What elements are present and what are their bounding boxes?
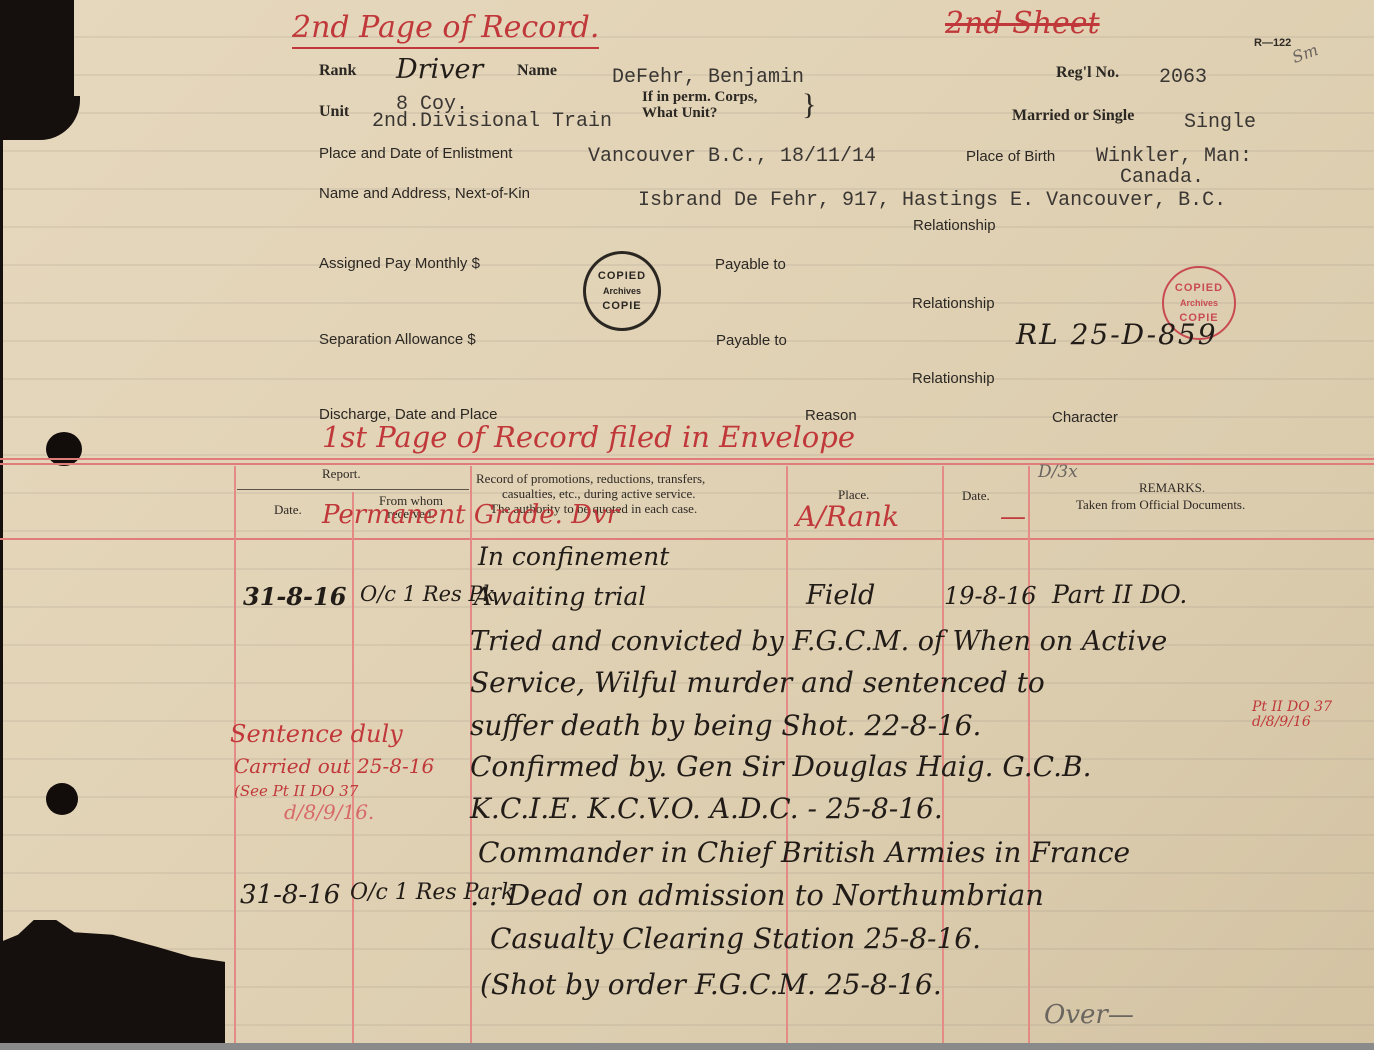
header-report: Report. [322, 466, 361, 482]
row-8-date: 31-8-16 [240, 880, 340, 910]
birth-value-line1: Winkler, Man: [1096, 145, 1252, 168]
copied-archives-stamp-black: COPIED Archives COPIE [583, 251, 661, 331]
left-edge-strip [0, 118, 3, 1043]
row-6-record: K.C.I.E. K.C.V.O. A.D.C. - 25-8-16. [470, 792, 943, 825]
header-remarks-sub: Taken from Official Documents. [1076, 497, 1245, 513]
name-value: DeFehr, Benjamin [612, 66, 804, 89]
row-1-remarks: Part II DO. [1052, 580, 1187, 609]
header-record-line1: Record of promotions, reductions, transf… [476, 471, 705, 487]
struck-annotation: 2nd Sheet [945, 6, 1100, 41]
header-date2: Date. [962, 488, 990, 504]
rank-label: Rank [319, 62, 356, 80]
file-reference: RL 25-D-859 [1016, 318, 1218, 351]
margin-note-line1: Sentence duly [230, 720, 403, 748]
punch-hole-1 [46, 432, 82, 466]
enlistment-label: Place and Date of Enlistment [319, 145, 512, 162]
birth-label: Place of Birth [966, 148, 1055, 165]
table-top-rule-2 [0, 463, 1374, 465]
footer-over-note: Over— [1044, 1000, 1134, 1030]
acting-rank-date: — [1000, 502, 1026, 532]
row-1-place: Field [806, 580, 875, 611]
payable-to-label-1: Payable to [715, 256, 786, 273]
relationship-label-2: Relationship [912, 295, 995, 312]
next-of-kin-label: Name and Address, Next-of-Kin [319, 185, 530, 202]
row-5-record: Confirmed by. Gen Sir Douglas Haig. G.C.… [470, 750, 1091, 783]
next-of-kin-value: Isbrand De Fehr, 917, Hastings E. Vancou… [638, 189, 1226, 212]
married-value: Single [1184, 111, 1256, 134]
row-4-record: suffer death by being Shot. 22-8-16. [470, 709, 981, 742]
payable-to-label-2: Payable to [716, 332, 787, 349]
header-remarks: REMARKS. [1139, 480, 1205, 496]
perm-corps-label-line2: What Unit? [642, 105, 717, 122]
margin-note-line2: Carried out 25-8-16 [234, 754, 434, 778]
page-title-handwritten: 2nd Page of Record. [292, 10, 599, 49]
birth-value-line2: Canada. [1120, 166, 1204, 189]
remarks-pencil-note: D/3x [1038, 462, 1078, 482]
margin-note-line3: (See Pt II DO 37 [234, 782, 358, 800]
report-header-divider [237, 489, 469, 490]
row-4-remarks: Pt II DO 37 d/8/9/16 [1252, 700, 1372, 730]
row-1-date2: 19-8-16 [944, 582, 1037, 610]
relationship-label-1: Relationship [913, 217, 996, 234]
row-9-record: Casualty Clearing Station 25-8-16. [490, 922, 981, 955]
relationship-label-3: Relationship [912, 370, 995, 387]
row-3-record: Service, Wilful murder and sentenced to [470, 666, 1045, 699]
regl-no-label: Reg'l No. [1056, 64, 1119, 82]
enlistment-value: Vancouver B.C., 18/11/14 [588, 145, 876, 168]
row-1-date: 31-8-16 [243, 582, 346, 611]
punch-hole-2 [46, 783, 78, 815]
perm-corps-brace: } [802, 88, 816, 122]
rank-value: Driver [396, 54, 483, 85]
row-1-record: Awaiting trial [474, 582, 646, 611]
discharge-note: 1st Page of Record filed in Envelope [322, 420, 855, 454]
row-2-record: Tried and convicted by F.G.C.M. of When … [470, 626, 1167, 657]
table-top-rule-1 [0, 458, 1374, 460]
form-number: R—122 [1254, 37, 1291, 49]
row-10-record: (Shot by order F.G.C.M. 25-8-16. [480, 968, 942, 1001]
married-label: Married or Single [1012, 107, 1134, 125]
unit-label: Unit [319, 103, 349, 121]
table-header-bottom-rule [0, 538, 1374, 540]
character-label: Character [1052, 409, 1118, 426]
row-0-record: In confinement [478, 542, 669, 571]
perm-corps-label-line1: If in perm. Corps, [642, 89, 757, 106]
scan-border [0, 1043, 1374, 1050]
header-date: Date. [274, 502, 302, 518]
row-7-record: Commander in Chief British Armies in Fra… [478, 836, 1130, 869]
assigned-pay-label: Assigned Pay Monthly $ [319, 255, 480, 272]
unit-value-line2: 2nd.Divisional Train [372, 110, 612, 133]
regl-no-value: 2063 [1159, 66, 1207, 89]
separation-allowance-label: Separation Allowance $ [319, 331, 476, 348]
name-label: Name [517, 62, 557, 80]
row-8-record: . . Dead on admission to Northumbrian [470, 878, 1044, 912]
margin-note-line4: d/8/9/16. [284, 800, 374, 824]
acting-rank-note: A/Rank [796, 500, 899, 533]
permanent-grade-note: Permanent Grade. Dvr [322, 500, 619, 530]
